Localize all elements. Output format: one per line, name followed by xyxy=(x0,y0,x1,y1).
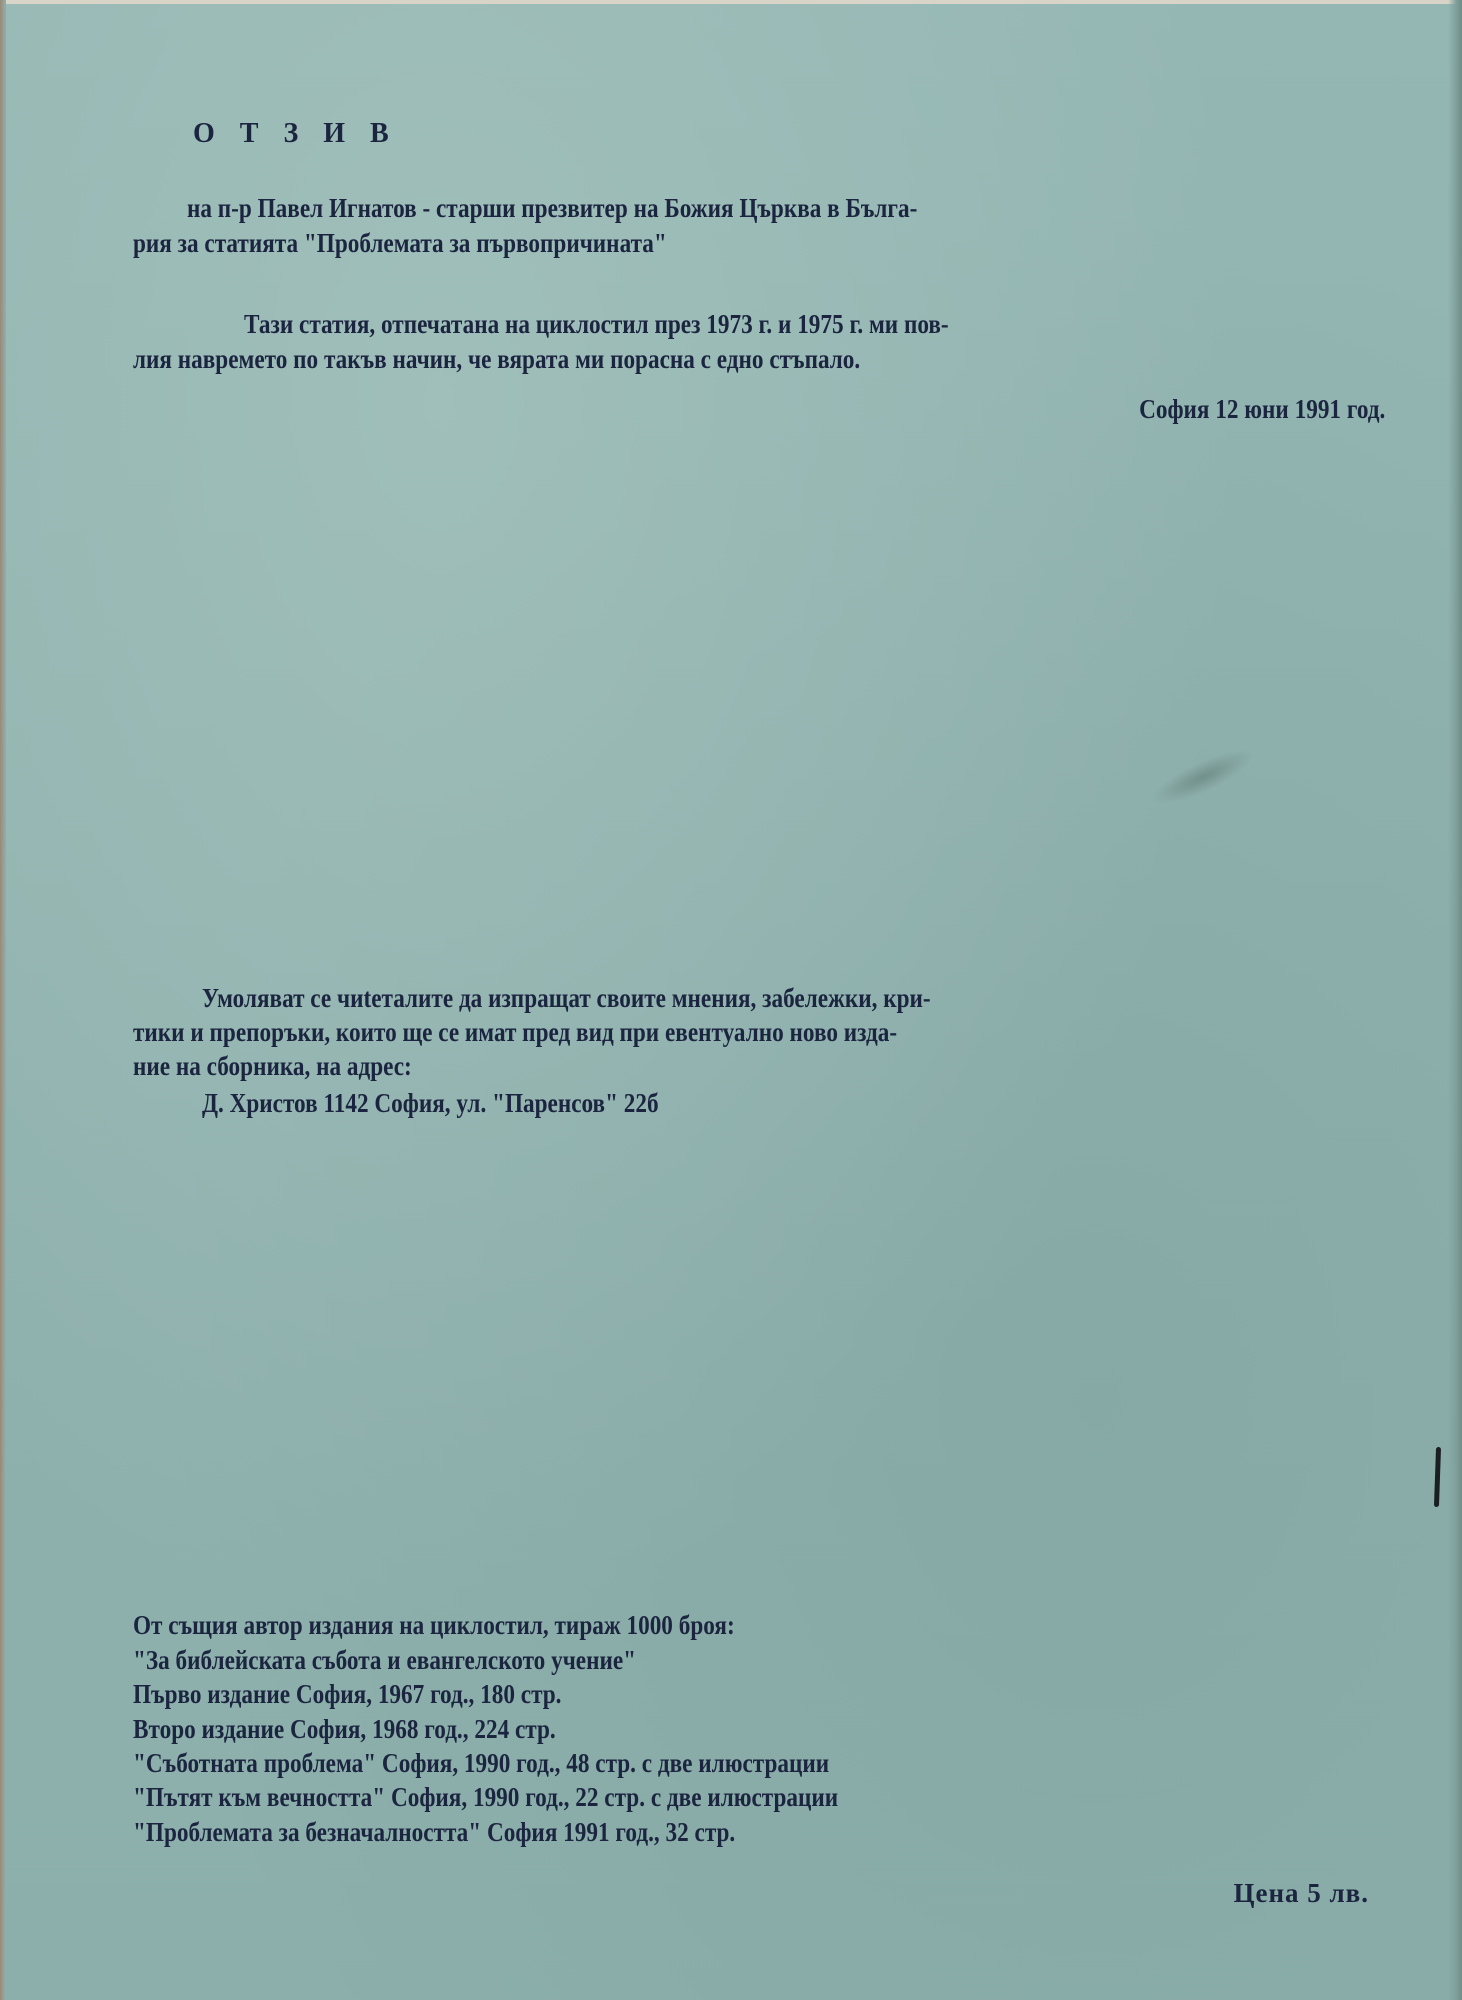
review-body-line-1: Тази статия, отпечатана на циклостил пре… xyxy=(244,307,949,342)
publications-header: От същия автор издания на циклостил, тир… xyxy=(133,1608,735,1643)
review-heading: О Т З И В xyxy=(193,118,398,150)
publication-item: "Съботната проблема" София, 1990 год., 4… xyxy=(133,1746,829,1781)
paper-smudge xyxy=(1147,740,1259,814)
review-intro-line-1: на п-р Павел Игнатов - старши презвитер … xyxy=(187,191,917,226)
publication-item: Първо издание София, 1967 год., 180 стр. xyxy=(133,1677,561,1712)
review-intro-line-2: рия за статията "Проблемата за първоприч… xyxy=(133,226,667,261)
publication-item: "За библейската събота и евангелското уч… xyxy=(133,1643,636,1678)
publication-item: Второ издание София, 1968 год., 224 стр. xyxy=(133,1712,556,1747)
review-signature: София 12 юни 1991 год. xyxy=(1139,392,1385,427)
request-line-3: ние на сборника, на адрес: xyxy=(133,1049,412,1084)
back-cover-page: О Т З И В на п-р Павел Игнатов - старши … xyxy=(0,0,1462,2000)
request-line-1: Умоляват се чиteталите да изпращат своит… xyxy=(202,981,931,1016)
publication-item: "Проблемата за безначалността" София 199… xyxy=(133,1815,735,1850)
paper-spine-edge xyxy=(1448,0,1462,2000)
request-address: Д. Христов 1142 София, ул. "Паренсов" 22… xyxy=(202,1086,659,1121)
paper-top-edge xyxy=(0,0,1462,4)
price-label: Цена 5 лв. xyxy=(1233,1878,1369,1909)
request-line-2: тики и препоръки, които ще се имат пред … xyxy=(133,1015,897,1050)
paper-left-edge xyxy=(0,0,6,2000)
staple-icon xyxy=(1434,1447,1441,1507)
publication-item: "Пътят към вечността" София, 1990 год., … xyxy=(133,1780,838,1815)
review-body-line-2: лия навремето по такъв начин, че вярата … xyxy=(133,342,860,377)
